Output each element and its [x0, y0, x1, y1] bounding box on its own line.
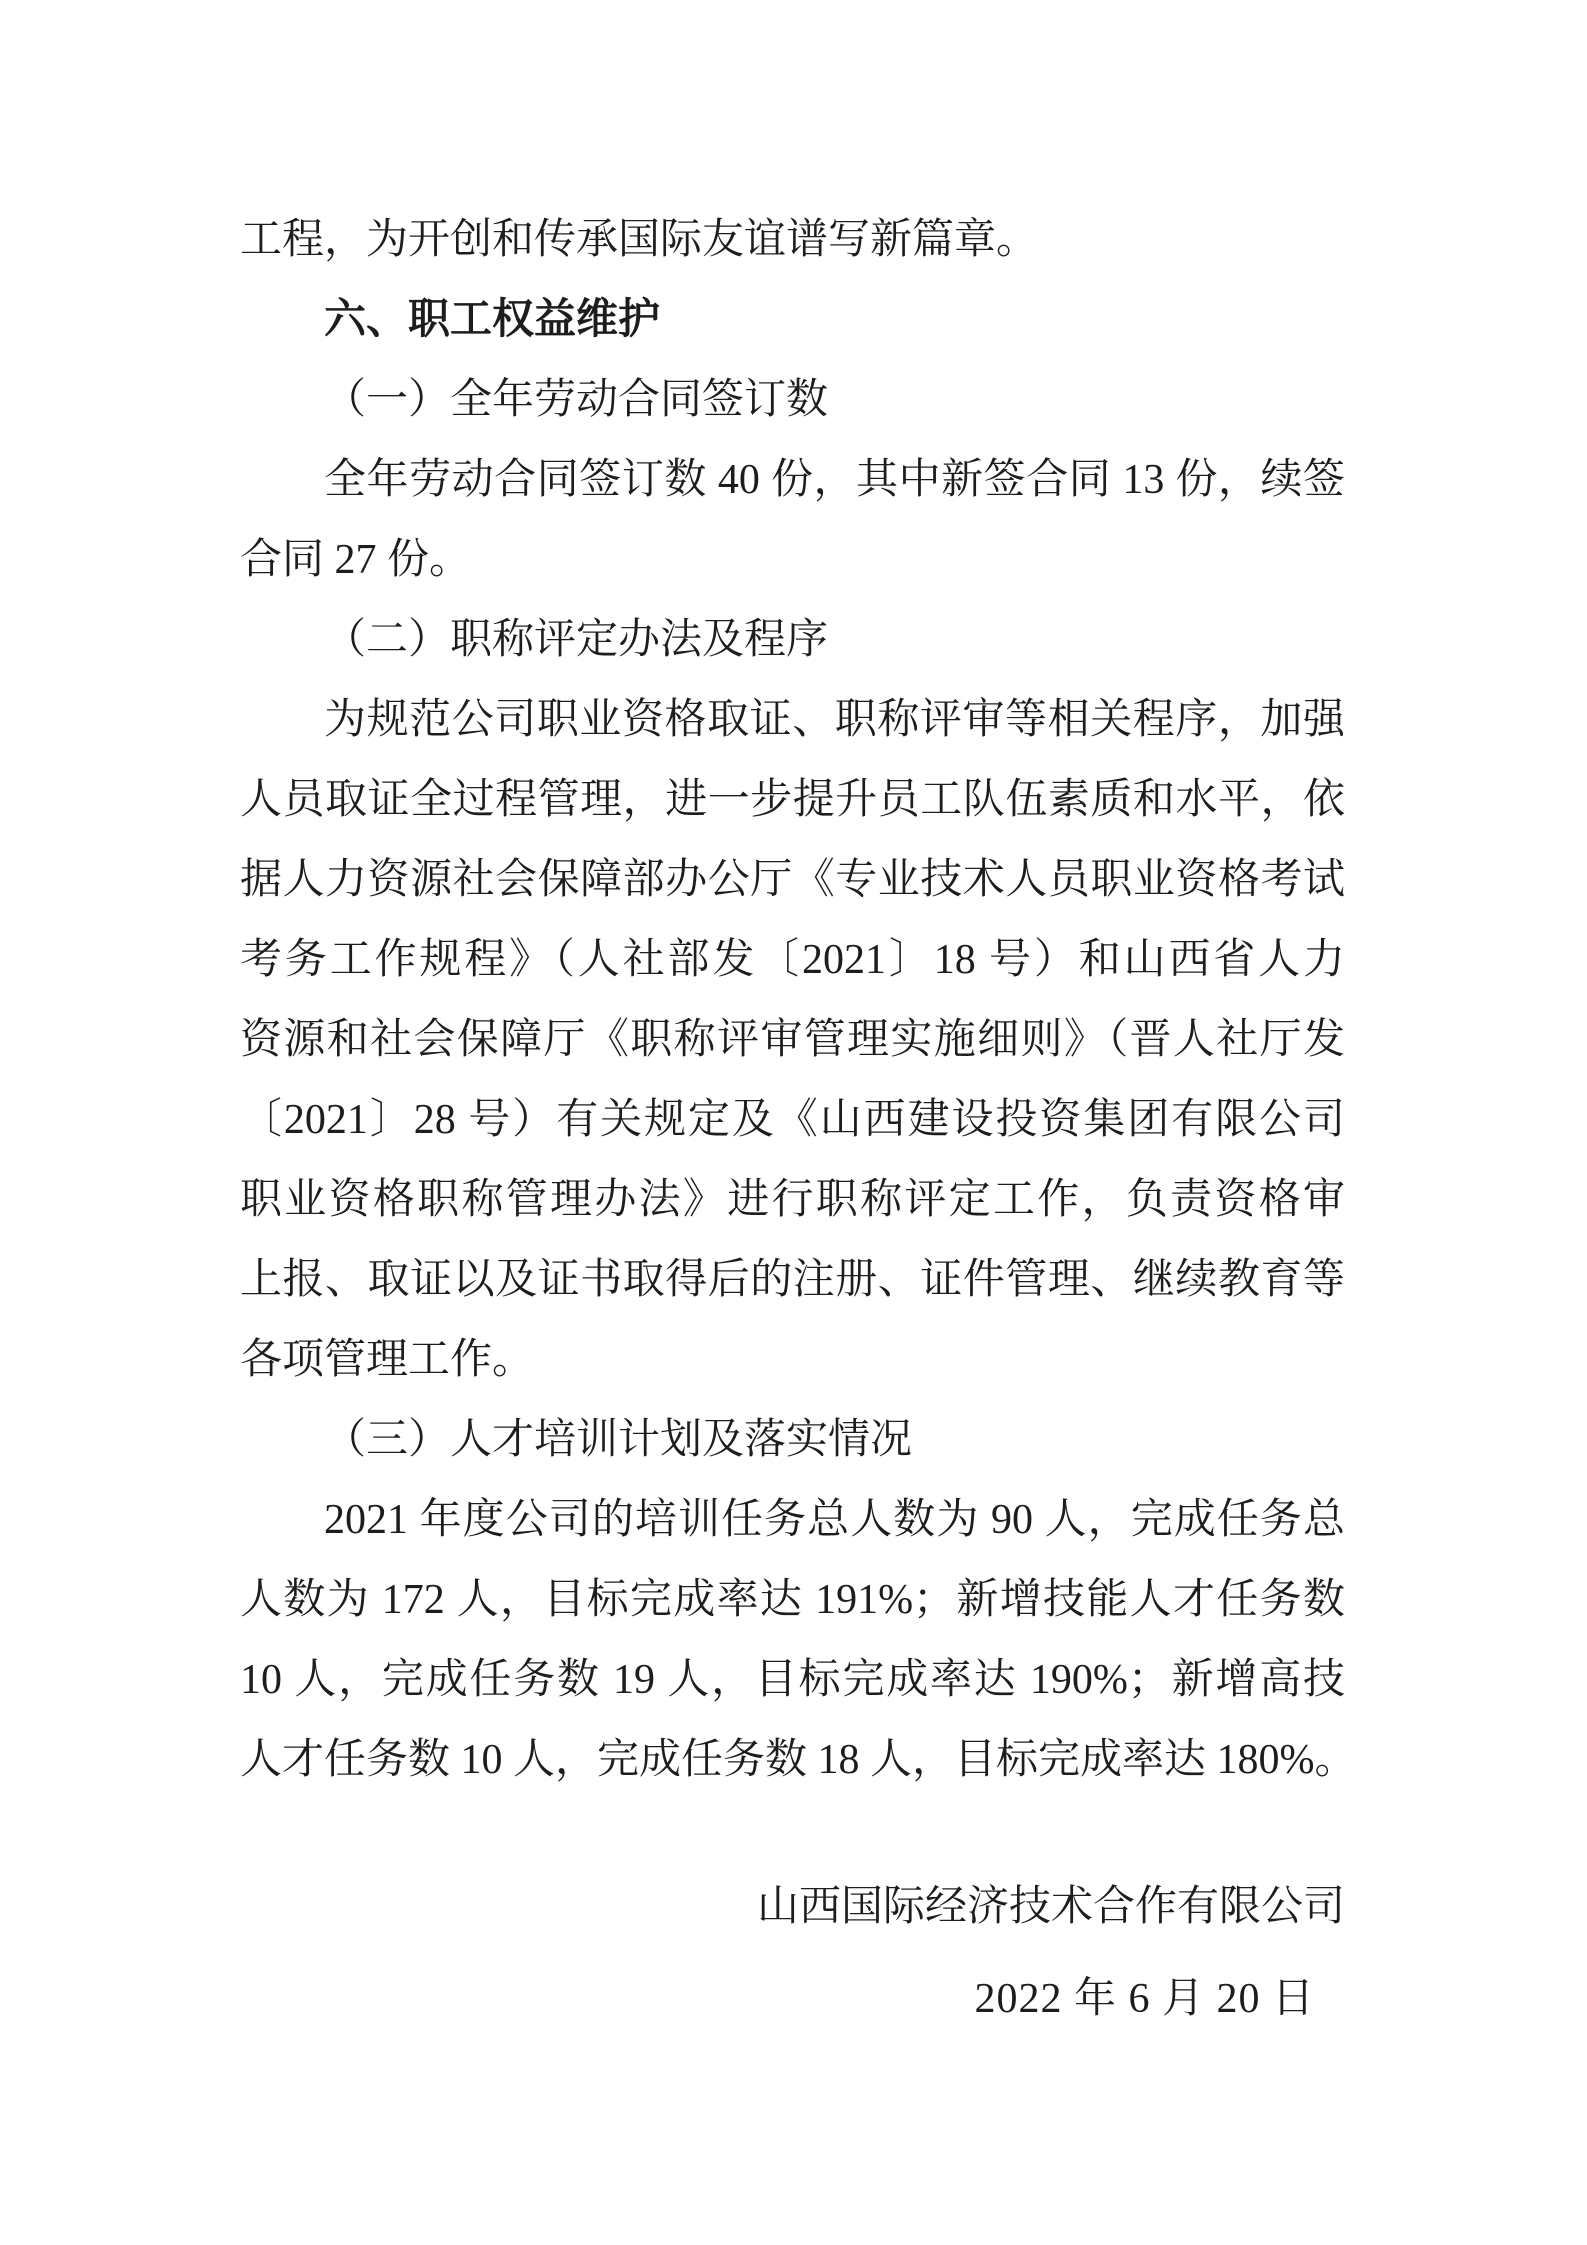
signature-block: 山西国际经济技术合作有限公司 2022 年 6 月 20 日	[240, 1867, 1345, 2039]
document-page: 工程，为开创和传承国际友谊谱写新篇章。六、职工权益维护（一）全年劳动合同签订数全…	[0, 0, 1587, 2245]
signature-company: 山西国际经济技术合作有限公司	[240, 1867, 1345, 1947]
subsection-heading: （二）职称评定办法及程序	[240, 600, 1345, 680]
paragraph-line: 全年劳动合同签订数 40 份，其中新签合同 13 份，续签	[240, 440, 1345, 520]
subsection-heading: （一）全年劳动合同签订数	[240, 360, 1345, 440]
paragraph-line: 人数为 172 人，目标完成率达 191%；新增技能人才任务数	[240, 1560, 1345, 1640]
paragraph-line: 据人力资源社会保障部办公厅《专业技术人员职业资格考试	[240, 840, 1345, 920]
paragraph-line: 资源和社会保障厅《职称评审管理实施细则》（晋人社厅发	[240, 1000, 1345, 1080]
paragraph-line: 各项管理工作。	[240, 1320, 1345, 1400]
paragraph-line: 2021 年度公司的培训任务总人数为 90 人，完成任务总	[240, 1480, 1345, 1560]
paragraph-line: 〔2021〕28 号）有关规定及《山西建设投资集团有限公司	[240, 1080, 1345, 1160]
paragraph-line: 职业资格职称管理办法》进行职称评定工作，负责资格审核、	[240, 1160, 1345, 1240]
paragraph-line: 10 人，完成任务数 19 人，目标完成率达 190%；新增高技能	[240, 1640, 1345, 1720]
signature-date: 2022 年 6 月 20 日	[240, 1959, 1345, 2039]
paragraph-line: 人才任务数 10 人，完成任务数 18 人，目标完成率达 180%。	[240, 1720, 1345, 1800]
paragraph-line: 工程，为开创和传承国际友谊谱写新篇章。	[240, 200, 1345, 280]
section-heading: 六、职工权益维护	[240, 280, 1345, 360]
paragraph-line: 为规范公司职业资格取证、职称评审等相关程序，加强	[240, 680, 1345, 760]
document-lines: 工程，为开创和传承国际友谊谱写新篇章。六、职工权益维护（一）全年劳动合同签订数全…	[240, 200, 1345, 1800]
paragraph-line: 上报、取证以及证书取得后的注册、证件管理、继续教育等	[240, 1240, 1345, 1320]
paragraph-line: 人员取证全过程管理，进一步提升员工队伍素质和水平，依	[240, 760, 1345, 840]
paragraph-line: 合同 27 份。	[240, 520, 1345, 600]
subsection-heading: （三）人才培训计划及落实情况	[240, 1400, 1345, 1480]
paragraph-line: 考务工作规程》（人社部发〔2021〕18 号）和山西省人力	[240, 920, 1345, 1000]
